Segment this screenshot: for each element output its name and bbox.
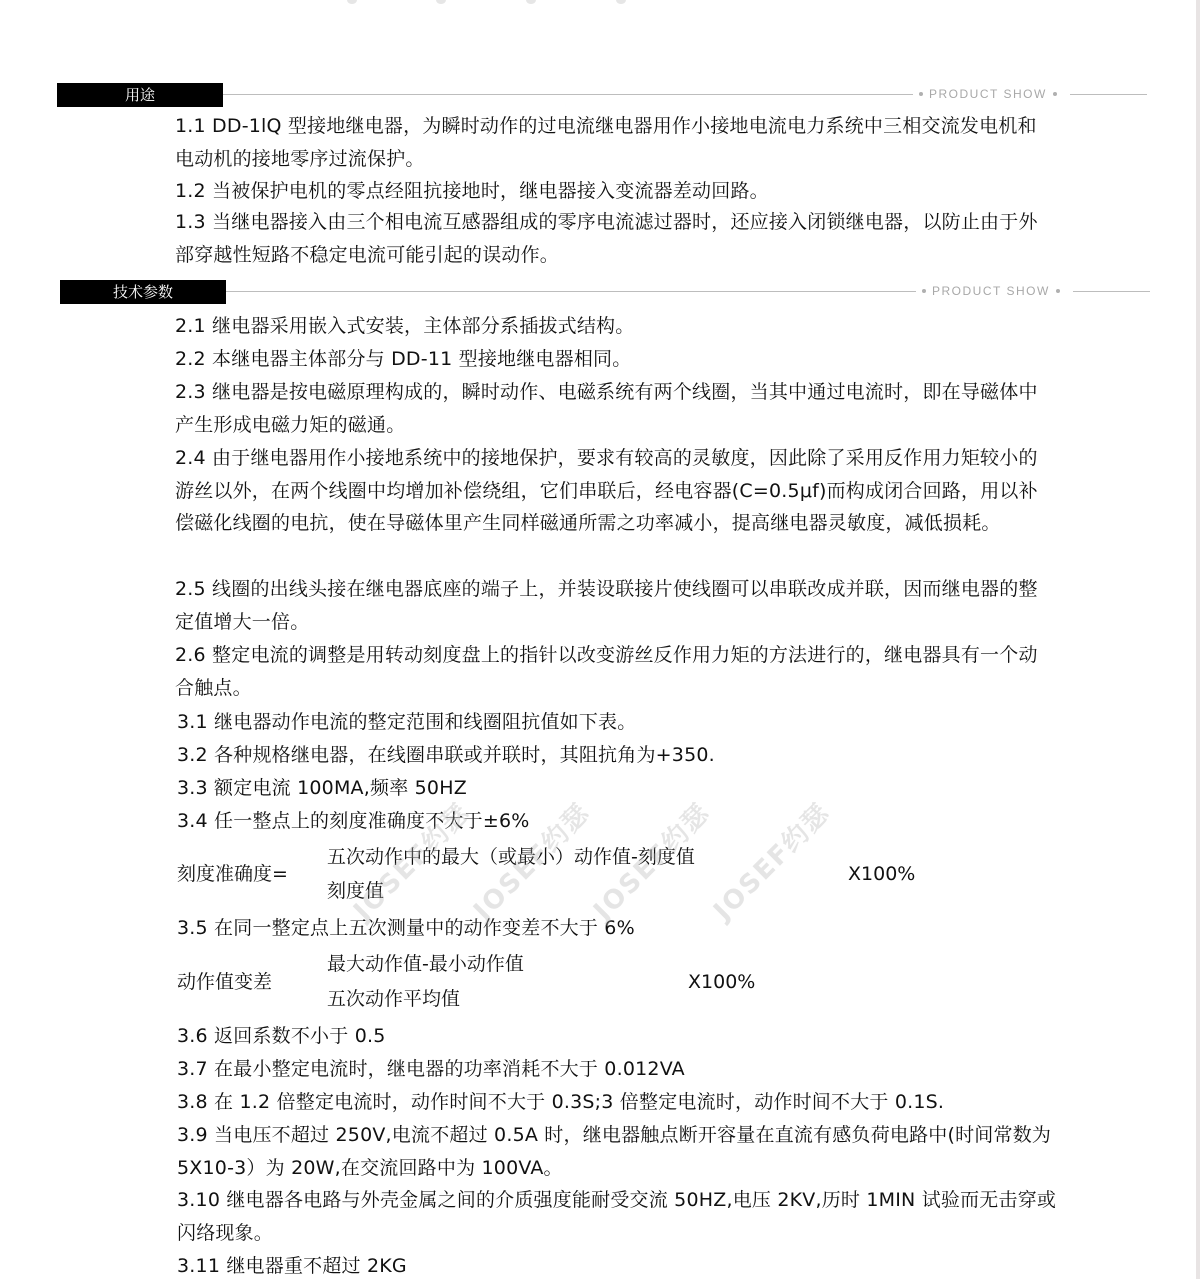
paragraph-1-1: 1.1 DD-1lQ 型接地继电器，为瞬时动作的过电流继电器用作小接地电流电力系… [175, 110, 1055, 175]
paragraph-2-2: 2.2 本继电器主体部分与 DD-11 型接地继电器相同。 [175, 343, 1055, 376]
paragraph-3-1: 3.1 继电器动作电流的整定范围和线圈阻抗值如下表。 [177, 706, 1057, 739]
divider-line [226, 291, 916, 292]
paragraph-2-5: 2.5 线圈的出线头接在继电器底座的端子上，并装设联接片使线圈可以串联改成并联，… [175, 573, 1055, 638]
section-title-tag: 技术参数 [60, 280, 226, 304]
formula-1-multiplier: X100% [848, 858, 915, 890]
paragraph-2-3: 2.3 继电器是按电磁原理构成的，瞬时动作、电磁系统有两个线圈，当其中通过电流时… [175, 376, 1055, 441]
section-title-tag: 用途 [57, 83, 223, 107]
dot-icon [922, 289, 926, 293]
paragraph-2-6: 2.6 整定电流的调整是用转动刻度盘上的指针以改变游丝反作用力矩的方法进行的，继… [175, 639, 1055, 704]
paragraph-3-3: 3.3 额定电流 100MA,频率 50HZ [177, 772, 1057, 805]
paragraph-1-2: 1.2 当被保护电机的零点经阻抗接地时，继电器接入变流器差动回路。 [175, 175, 1055, 208]
divider-line [1070, 94, 1147, 95]
dot-icon [919, 92, 923, 96]
paragraph-2-1: 2.1 继电器采用嵌入式安装，主体部分系插拔式结构。 [175, 310, 1055, 343]
divider-line [223, 94, 913, 95]
formula-2-denominator: 五次动作平均值 [327, 983, 460, 1015]
paragraph-3-11: 3.11 继电器重不超过 2KG [177, 1250, 1057, 1279]
paragraph-3-9: 3.9 当电压不超过 250V,电流不超过 0.5A 时，继电器触点断开容量在直… [177, 1119, 1057, 1184]
formula-2-numerator: 最大动作值-最小动作值 [327, 948, 524, 980]
paragraph-3-7: 3.7 在最小整定电流时，继电器的功率消耗不大于 0.012VA [177, 1053, 1057, 1086]
paragraph-3-10: 3.10 继电器各电路与外壳金属之间的介质强度能耐受交流 50HZ,电压 2KV… [177, 1184, 1057, 1249]
section-header-specs: 技术参数 PRODUCT SHOW [0, 280, 1200, 304]
scrollbar[interactable] [1196, 0, 1200, 1279]
formula-2-multiplier: X100% [688, 966, 755, 998]
dot-icon [1053, 92, 1057, 96]
section-header-usage: 用途 PRODUCT SHOW [0, 83, 1200, 107]
paragraph-1-3: 1.3 当继电器接入由三个相电流互感器组成的零序电流滤过器时，还应接入闭锁继电器… [175, 206, 1055, 271]
paragraph-3-6: 3.6 返回系数不小于 0.5 [177, 1020, 1057, 1053]
badge-text: PRODUCT SHOW [932, 284, 1050, 298]
paragraph-3-8: 3.8 在 1.2 倍整定电流时，动作时间不大于 0.3S;3 倍整定电流时，动… [177, 1086, 1057, 1119]
formula-1-label: 刻度准确度= [177, 858, 288, 890]
divider-line [1073, 291, 1150, 292]
paragraph-3-2: 3.2 各种规格继电器，在线圈串联或并联时，其阻抗角为+350. [177, 739, 1057, 772]
product-show-badge: PRODUCT SHOW [913, 85, 1063, 103]
carousel-indicator-dots [0, 0, 1200, 6]
product-show-badge: PRODUCT SHOW [916, 282, 1066, 300]
paragraph-3-4: 3.4 任一整点上的刻度准确度不大于±6% [177, 805, 1057, 838]
paragraph-2-4: 2.4 由于继电器用作小接地系统中的接地保护，要求有较高的灵敏度，因此除了采用反… [175, 442, 1055, 540]
dot-icon [1056, 289, 1060, 293]
formula-2-label: 动作值变差 [177, 966, 272, 998]
badge-text: PRODUCT SHOW [929, 87, 1047, 101]
